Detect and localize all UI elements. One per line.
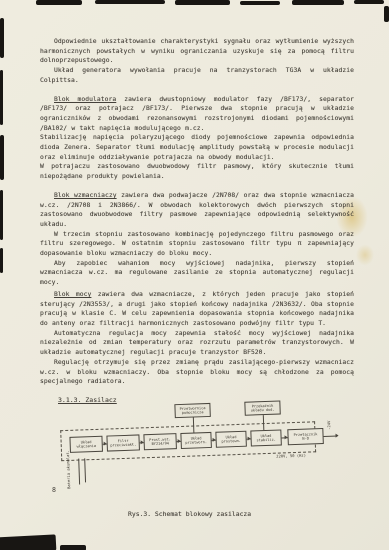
scanned-document-page: Odpowiednie ukształtowanie charakterysty… (0, 0, 389, 550)
paragraph-lead: Blok wzmacniaczy (54, 192, 117, 199)
paragraph: Automatyczna regulacja mocy zapewnia sta… (40, 329, 354, 358)
diagram-box-przekaznik-ukladu: Przekaźnik układu dod. (244, 400, 280, 415)
paper-stain (352, 240, 378, 270)
figure-caption: Rys.3. Schemat blokowy zasilacza (128, 510, 354, 518)
diagram-box-label: stabiliz. (256, 438, 276, 443)
arrow-right-icon (104, 441, 107, 445)
paragraph-text: Aby zapobiec wahaniom mocy wyjściowej na… (40, 260, 354, 286)
paragraph-text: Regulację otrzymuje się przez zmianę prą… (40, 359, 354, 385)
paragraph: Regulację otrzymuje się przez zmianę prą… (40, 358, 354, 387)
page-number: 8 (52, 486, 56, 494)
diagram-battery-line (84, 458, 86, 482)
diagram-box-uklad-stabilizatora: Układ stabiliz. (250, 429, 282, 446)
document-body: Odpowiednie ukształtowanie charakterysty… (40, 37, 354, 518)
diagram-connector (263, 415, 265, 430)
scan-edge-mark (292, 0, 344, 5)
diagram-box-label: układu dod. (251, 408, 275, 413)
paragraph: W trzecim stopniu zastosowano kombinację… (40, 230, 354, 259)
paragraph: Układ generatora wywołania pracuje na tr… (40, 66, 354, 85)
paragraph: Stabilizację napięcia polaryzującego dio… (40, 133, 354, 162)
arrow-right-icon (213, 438, 216, 442)
arrow-right-icon (141, 440, 144, 444)
paragraph: W potrajaczu zastosowano dwuobwodowy fil… (40, 162, 354, 181)
diagram-box-label: włączania (76, 444, 96, 449)
diagram-box-uklad-wlaczania: Układ włączania (69, 436, 103, 453)
scan-edge-mark (0, 248, 3, 273)
diagram-box-label: prostown. (221, 439, 241, 444)
mains-label: 220V, 50 (Hz) (276, 453, 306, 459)
arrow-right-icon (178, 439, 181, 443)
diagram-box-filtr-przeciwzakl: Filtr przeciwzakł. (106, 434, 140, 451)
arrow-right-icon (285, 435, 288, 439)
paragraph-blok-modulatora: Blok modulatora zawiera dwustopniowy mod… (40, 95, 354, 134)
scan-edge-mark (36, 0, 82, 5)
paragraph-blok-wzmacniaczy: Blok wzmacniaczy zawiera dwa podwajacze … (40, 191, 354, 230)
paragraph-text: W trzecim stopniu zastosowano kombinację… (40, 231, 354, 257)
diagram-box-prostownik-wstepny: Prost.wst. BY214/94 (143, 433, 177, 450)
scan-edge-mark (354, 0, 384, 4)
scan-edge-mark (0, 18, 4, 58)
diagram-box-label: BY214/94 (152, 441, 169, 446)
paragraph-lead: Blok modulatora (54, 96, 116, 103)
scan-edge-mark (175, 0, 230, 5)
scan-edge-mark (0, 70, 3, 125)
diagram-box-label: przetworn. (185, 440, 207, 445)
diagram-box-uklad-prostownika: Układ prostown. (215, 431, 247, 448)
paragraph-text: W potrajaczu zastosowano dwuobwodowy fil… (40, 163, 354, 180)
arrow-right-icon (248, 436, 251, 440)
paragraph: Aby zapobiec wahaniom mocy wyjściowej na… (40, 259, 354, 288)
scan-edge-mark (384, 6, 389, 22)
scan-edge-mark (0, 190, 3, 240)
battery-label: Bateria akumulat. (66, 457, 72, 489)
diagram-box-przetwornica-pomocnicza: Przetwornica pomocnicza (174, 403, 210, 418)
diagram-box-label: przeciwzakł. (110, 442, 136, 447)
diagram-box-uklad-przetwornicy: Układ przetworn. (180, 432, 212, 449)
arrow-right-icon (335, 433, 338, 437)
diagram-connector (193, 417, 195, 432)
scan-edge-mark (240, 1, 280, 5)
output-voltage-label: -24V (326, 404, 331, 430)
paragraph-text: Układ generatora wywołania pracuje na tr… (40, 67, 354, 84)
paragraph-text: Automatyczna regulacja mocy zapewnia sta… (40, 330, 354, 356)
paragraph-text: Odpowiednie ukształtowanie charakterysty… (40, 38, 354, 64)
paragraph-lead: Blok mocy (54, 291, 91, 298)
scan-edge-mark (95, 0, 165, 4)
scan-edge-mark (60, 545, 86, 550)
diagram-box-przelacznik: Przełącznik N-O (287, 428, 324, 445)
scan-corner-blob (0, 534, 56, 550)
power-supply-block-diagram: Przetwornica pomocnicza Przekaźnik układ… (64, 396, 367, 498)
paragraph: Odpowiednie ukształtowanie charakterysty… (40, 37, 354, 66)
diagram-battery-line (78, 458, 80, 484)
diagram-box-label: pomocnicza (182, 410, 204, 415)
scan-edge-mark (0, 135, 4, 180)
paragraph-blok-mocy: Blok mocy zawiera dwa wzmacniacze, z któ… (40, 290, 354, 329)
paragraph-text: Stabilizację napięcia polaryzującego dio… (40, 134, 354, 160)
diagram-box-label: N-O (302, 436, 309, 441)
